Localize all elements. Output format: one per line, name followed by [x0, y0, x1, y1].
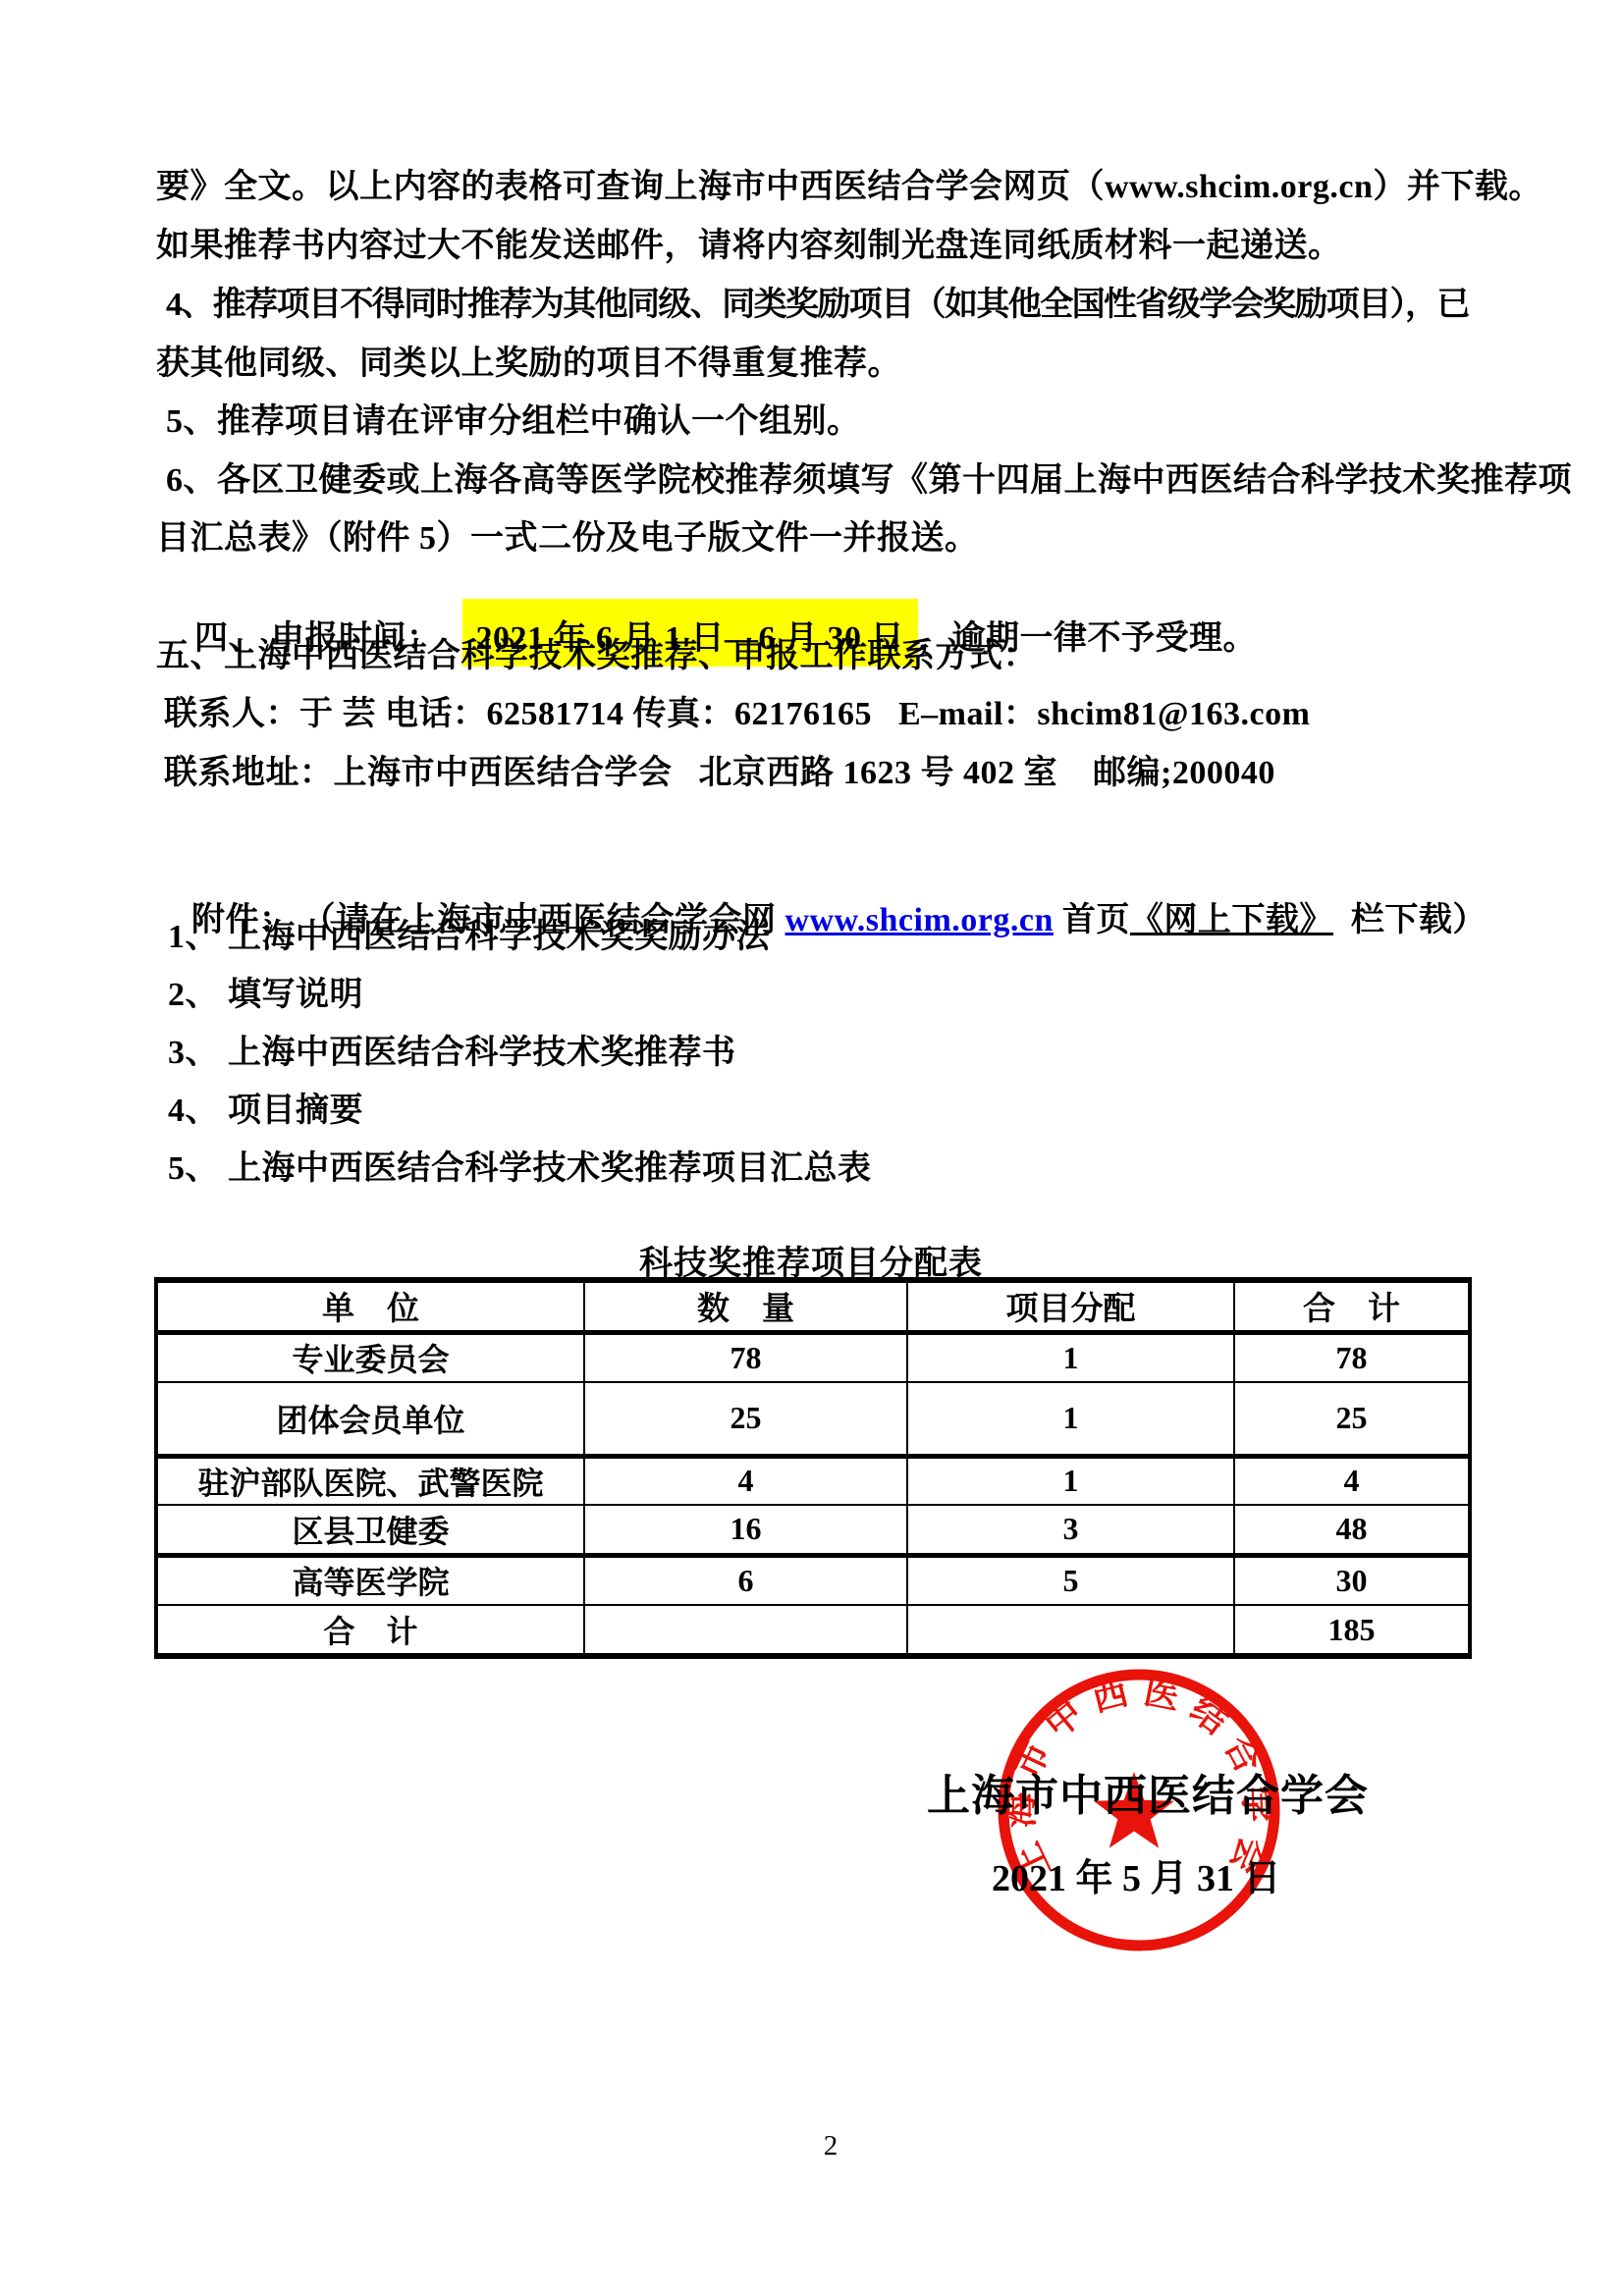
allocation-table: 单 位 数 量 项目分配 合 计 专业委员会 78 1 78 团体会员单位 25…	[154, 1277, 1472, 1659]
cell-allocation: 3	[907, 1505, 1234, 1555]
cell-quantity: 78	[584, 1332, 907, 1382]
attachments-intro-mid: 首页	[1054, 902, 1130, 938]
cell-allocation: 5	[907, 1555, 1234, 1605]
cell-quantity: 25	[584, 1382, 907, 1456]
download-section-label: 《网上下载》	[1130, 902, 1333, 938]
signature-organization: 上海市中西医结合学会	[927, 1760, 1369, 1823]
cell-quantity: 16	[584, 1505, 907, 1555]
cell-total: 30	[1234, 1555, 1470, 1605]
cell-total: 4	[1234, 1456, 1470, 1505]
cell-unit: 团体会员单位	[156, 1382, 584, 1456]
cell-unit: 驻沪部队医院、武警医院	[156, 1456, 584, 1505]
cell-unit: 区县卫健委	[156, 1505, 584, 1555]
attachments-intro-suffix: 栏下载）	[1333, 902, 1487, 938]
table-row: 专业委员会 78 1 78	[156, 1332, 1470, 1382]
body-item4-line1: 4、推荐项目不得同时推荐为其他同级、同类奖励项目（如其他全国性省级学会奖励项目）…	[166, 285, 1469, 326]
table-row: 驻沪部队医院、武警医院 4 1 4	[156, 1456, 1470, 1505]
cell-allocation	[907, 1605, 1234, 1656]
cell-total: 25	[1234, 1382, 1470, 1456]
header-quantity: 数 量	[584, 1280, 907, 1332]
signature-date: 2021 年 5 月 31 日	[992, 1847, 1281, 1901]
cell-allocation: 1	[907, 1382, 1234, 1456]
body-line-2: 如果推荐书内容过大不能发送邮件，请将内容刻制光盘连同纸质材料一起递送。	[156, 226, 1342, 267]
document-page: 要》全文。以上内容的表格可查询上海市中西医结合学会网页（www.shcim.or…	[0, 0, 1623, 2296]
table-header-row: 单 位 数 量 项目分配 合 计	[156, 1280, 1470, 1332]
cell-allocation: 1	[907, 1332, 1234, 1382]
header-total: 合 计	[1234, 1280, 1470, 1332]
cell-total: 48	[1234, 1505, 1470, 1555]
page-number: 2	[0, 2130, 1623, 2163]
cell-total: 78	[1234, 1332, 1470, 1382]
header-unit: 单 位	[156, 1280, 584, 1332]
attachment-item-5: 5、 上海中西医结合科学技术奖推荐项目汇总表	[168, 1148, 872, 1190]
table-row: 高等医学院 6 5 30	[156, 1555, 1470, 1605]
table-row: 团体会员单位 25 1 25	[156, 1382, 1470, 1456]
cell-quantity: 4	[584, 1456, 907, 1505]
cell-total: 185	[1234, 1605, 1470, 1656]
address-line: 联系地址：上海市中西医结合学会 北京西路 1623 号 402 室 邮编;200…	[164, 753, 1275, 794]
header-allocation: 项目分配	[907, 1280, 1234, 1332]
contact-line: 联系人：于 芸 电话：62581714 传真：62176165 E–mail：s…	[164, 694, 1310, 735]
cell-unit: 专业委员会	[156, 1332, 584, 1382]
body-item5: 5、推荐项目请在评审分组栏中确认一个组别。	[166, 401, 861, 443]
body-line-1: 要》全文。以上内容的表格可查询上海市中西医结合学会网页（www.shcim.or…	[156, 167, 1542, 208]
cell-allocation: 1	[907, 1456, 1234, 1505]
cell-quantity	[584, 1605, 907, 1656]
section5-title: 五、上海中西医结合科学技术奖推荐、申报工作联系方式：	[156, 636, 1037, 677]
cell-unit: 高等医学院	[156, 1555, 584, 1605]
table-row: 区县卫健委 16 3 48	[156, 1505, 1470, 1555]
attachment-item-3: 3、 上海中西医结合科学技术奖推荐书	[168, 1033, 736, 1074]
body-item4-line2: 获其他同级、同类以上奖励的项目不得重复推荐。	[156, 344, 901, 385]
table-row-total: 合 计 185	[156, 1605, 1470, 1656]
attachment-item-1: 1、 上海中西医结合科学技术奖奖励办法	[168, 917, 770, 958]
attachment-item-4: 4、 项目摘要	[168, 1091, 363, 1132]
cell-unit: 合 计	[156, 1605, 584, 1656]
attachment-item-2: 2、 填写说明	[168, 975, 363, 1016]
cell-quantity: 6	[584, 1555, 907, 1605]
body-item6-line2: 目汇总表》（附件 5）一式二份及电子版文件一并报送。	[156, 518, 979, 560]
body-item6-line1: 6、各区卫健委或上海各高等医学院校推荐须填写《第十四届上海中西医结合科学技术奖推…	[166, 460, 1572, 502]
website-link[interactable]: www.shcim.org.cn	[785, 902, 1054, 938]
